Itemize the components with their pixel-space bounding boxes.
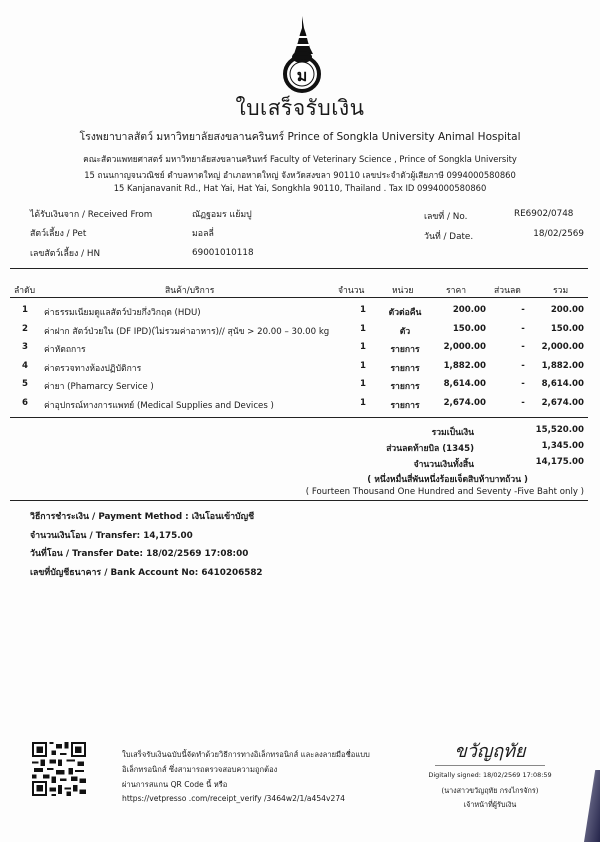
signer-name: (นางสาวขวัญฤทัย กรงไกรจักร) <box>400 786 580 797</box>
hn-value: 69001010118 <box>192 248 254 258</box>
row-number: 6 <box>22 398 32 408</box>
divider <box>10 297 588 298</box>
address-english: 15 Kanjanavanit Rd., Hat Yai, Hat Yai, S… <box>0 183 600 193</box>
e-receipt-note-line3: ผ่านการสแกน QR Code นี้ หรือ <box>122 779 227 791</box>
receipt-no-label: เลขที่ / No. <box>424 209 467 223</box>
signer-title: เจ้าหน้าที่ผู้รับเงิน <box>400 800 580 811</box>
row-number: 5 <box>22 379 32 389</box>
qr-code-icon[interactable] <box>32 742 86 796</box>
receipt-title: ใบเสร็จรับเงิน <box>0 92 600 125</box>
date-value: 18/02/2569 <box>514 229 584 239</box>
col-header-price: ราคา <box>446 283 466 297</box>
amount-in-words-thai: ( หนึ่งหมื่นสี่พันหนึ่งร้อยเจ็ดสิบห้าบาท… <box>300 472 584 486</box>
row-total: 8,614.00 <box>520 379 584 389</box>
row-unit: รายการ <box>380 379 430 393</box>
transfer-amount: จำนวนเงินโอน / Transfer: 14,175.00 <box>30 528 193 542</box>
row-item: ค่ายา (Phamarcy Service ) <box>44 379 344 393</box>
transfer-date: วันที่โอน / Transfer Date: 18/02/2569 17… <box>30 546 248 560</box>
signature-line <box>435 765 545 766</box>
faculty-name: คณะสัตวแพทยศาสตร์ มหาวิทยาลัยสงขลานครินท… <box>0 152 600 166</box>
pet-label: สัตว์เลี้ยง / Pet <box>30 226 86 240</box>
col-header-item: สินค้า/บริการ <box>165 283 214 297</box>
row-qty: 1 <box>340 398 366 408</box>
row-price: 2,000.00 <box>432 342 486 352</box>
subtotal-value: 15,520.00 <box>490 425 584 435</box>
date-label: วันที่ / Date. <box>424 229 473 243</box>
row-item: ค่าหัตถการ <box>44 342 344 356</box>
row-price: 8,614.00 <box>432 379 486 389</box>
row-price: 150.00 <box>432 324 486 334</box>
row-price: 1,882.00 <box>432 361 486 371</box>
row-qty: 1 <box>340 324 366 334</box>
e-receipt-note-line1: ใบเสร็จรับเงินฉบับนี้จัดทำด้วยวิธีการทาง… <box>122 749 370 761</box>
row-number: 4 <box>22 361 32 371</box>
row-item: ค่าฝาก สัตว์ป่วยใน (DF IPD)(ไม่รวมค่าอาห… <box>44 324 344 338</box>
row-qty: 1 <box>340 342 366 352</box>
row-qty: 1 <box>340 361 366 371</box>
row-number: 3 <box>22 342 32 352</box>
row-number: 2 <box>22 324 32 334</box>
row-qty: 1 <box>340 379 366 389</box>
row-total: 1,882.00 <box>520 361 584 371</box>
received-from-label: ได้รับเงินจาก / Received From <box>30 207 152 221</box>
divider <box>10 268 588 269</box>
received-from-value: ณัฏฐอมร แย้มปู <box>192 207 252 221</box>
row-unit: รายการ <box>380 361 430 375</box>
col-header-total: รวม <box>553 283 568 297</box>
row-total: 150.00 <box>520 324 584 334</box>
digital-signature-stamp: Digitally signed: 18/02/2569 17:08:59 <box>400 771 580 779</box>
payment-method: วิธีการชำระเงิน / Payment Method : เงินโ… <box>30 509 254 523</box>
row-item: ค่าอุปกรณ์ทางการแพทย์ (Medical Supplies … <box>44 398 344 412</box>
col-header-unit: หน่วย <box>392 283 413 297</box>
col-header-discount: ส่วนลด <box>494 283 521 297</box>
col-header-qty: จำนวน <box>338 283 364 297</box>
bill-discount-value: 1,345.00 <box>490 441 584 451</box>
row-unit: รายการ <box>380 342 430 356</box>
bill-discount-label: ส่วนลดท้ายบิล (1345) <box>300 441 474 455</box>
row-qty: 1 <box>340 305 366 315</box>
row-unit: รายการ <box>380 398 430 412</box>
hospital-name: โรงพยาบาลสัตว์ มหาวิทยาลัยสงขลานครินทร์ … <box>0 128 600 145</box>
row-total: 2,000.00 <box>520 342 584 352</box>
page-edge-shadow <box>584 770 600 842</box>
row-unit: ตัว <box>380 324 430 338</box>
handwritten-signature: ขวัญฤทัย <box>440 736 540 765</box>
row-total: 200.00 <box>520 305 584 315</box>
divider <box>10 500 588 501</box>
row-total: 2,674.00 <box>520 398 584 408</box>
row-price: 200.00 <box>432 305 486 315</box>
hn-label: เลขสัตว์เลี้ยง / HN <box>30 246 100 260</box>
amount-in-words-thai-text: ( หนึ่งหมื่นสี่พันหนึ่งร้อยเจ็ดสิบห้าบาท… <box>367 475 528 485</box>
row-unit: ตัวต่อคืน <box>380 305 430 319</box>
col-header-no: ลำดับ <box>14 283 35 297</box>
subtotal-label: รวมเป็นเงิน <box>300 425 474 439</box>
university-emblem-icon: ม <box>282 14 322 96</box>
e-receipt-note-line2: อิเล็กทรอนิกส์ ซึ่งสามารถตรวจสอบความถูกต… <box>122 764 277 776</box>
amount-in-words-english: ( Fourteen Thousand One Hundred and Seve… <box>200 487 584 497</box>
row-item: ค่าตรวจทางห้องปฏิบัติการ <box>44 361 344 375</box>
receipt-no-value: RE6902/0748 <box>514 209 573 219</box>
grand-total-label: จำนวนเงินทั้งสิ้น <box>300 457 474 471</box>
address-thai: 15 ถนนกาญจนวณิชย์ ตำบลหาดใหญ่ อำเภอหาดให… <box>0 168 600 182</box>
divider <box>10 417 588 418</box>
row-number: 1 <box>22 305 32 315</box>
row-price: 2,674.00 <box>432 398 486 408</box>
bank-account: เลขที่บัญชีธนาคาร / Bank Account No: 641… <box>30 565 263 579</box>
pet-value: มอลลี่ <box>192 226 214 240</box>
row-item: ค่าธรรมเนียมดูแลสัตว์ป่วยกึ่งวิกฤต (HDU) <box>44 305 344 319</box>
svg-text:ม: ม <box>297 66 308 85</box>
grand-total-value: 14,175.00 <box>490 457 584 467</box>
verify-url-link[interactable]: https://vetpresso .com/receipt_verify /3… <box>122 794 345 803</box>
